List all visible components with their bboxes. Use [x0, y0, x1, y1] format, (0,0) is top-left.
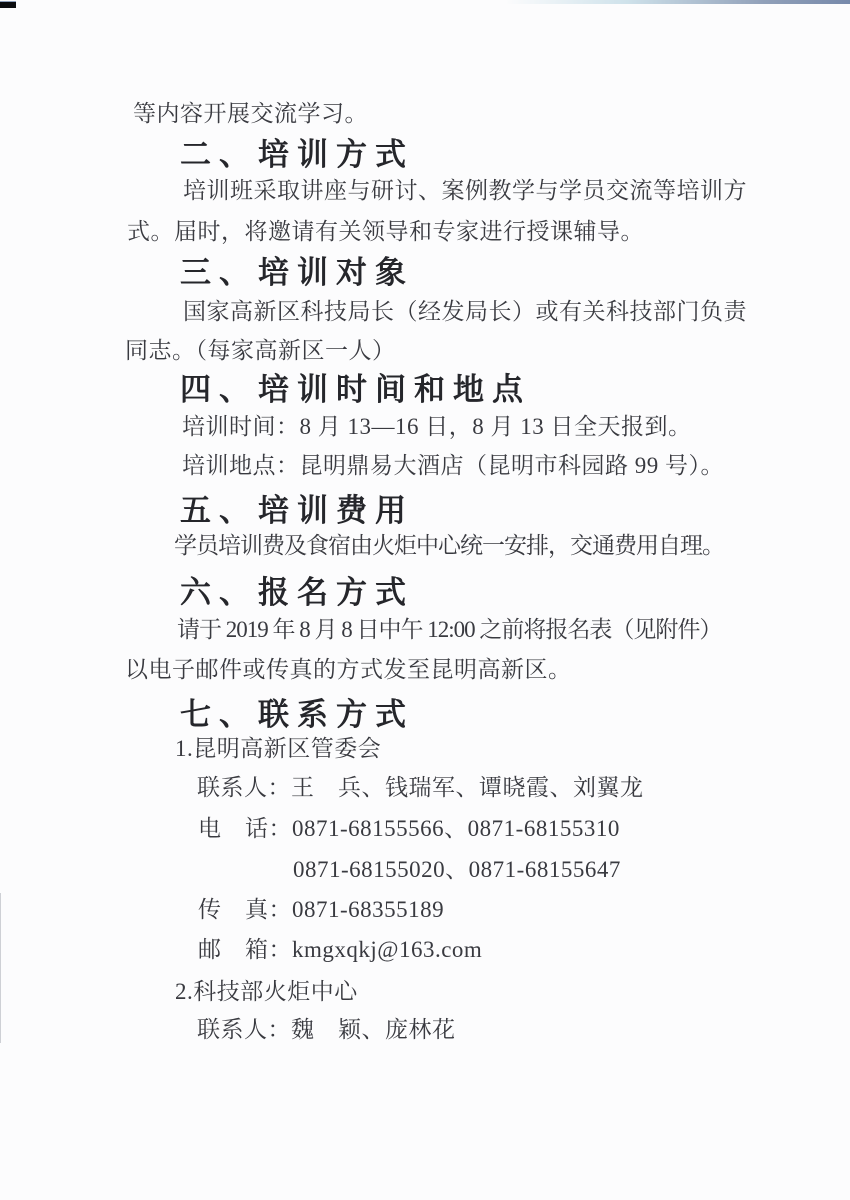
heading-trainees: 三、培训对象 — [180, 257, 414, 288]
line-org-1-name: 1.昆明高新区管委会 — [175, 737, 381, 760]
para-training-method-line-1: 培训班采取讲座与研讨、案例教学与学员交流等培训方 — [183, 179, 747, 202]
line-training-venue: 培训地点：昆明鼎易大酒店（昆明市科园路 99 号）。 — [182, 454, 724, 477]
scanned-document-page: 等内容开展交流学习。 二、培训方式 培训班采取讲座与研讨、案例教学与学员交流等培… — [0, 0, 850, 1200]
line-org-1-phone-2: 0871-68155020、0871-68155647 — [293, 858, 621, 881]
heading-time-and-place: 四、培训时间和地点 — [180, 374, 531, 405]
heading-training-method: 二、培训方式 — [180, 139, 414, 170]
heading-fees: 五、培训费用 — [180, 495, 414, 526]
line-org-2-contacts: 联系人：魏 颖、庞林花 — [197, 1018, 456, 1041]
scan-left-edge-artifact — [0, 893, 1, 1043]
line-org-2-name: 2.科技部火炬中心 — [175, 980, 358, 1003]
para-trainees-line-2: 同志。（每家高新区一人） — [125, 339, 396, 362]
line-org-1-fax: 传 真：0871-68355189 — [198, 898, 444, 921]
para-registration-line-2: 以电子邮件或传真的方式发至昆明高新区。 — [125, 658, 572, 681]
para-trainees-line-1: 国家高新区科技局长（经发局长）或有关科技部门负责 — [183, 300, 747, 323]
heading-registration: 六、报名方式 — [180, 577, 414, 608]
line-org-1-email: 邮 箱：kmgxqkj@163.com — [198, 938, 482, 961]
line-org-1-phone-1: 电 话：0871-68155566、0871-68155310 — [198, 817, 620, 840]
scan-top-edge-artifact — [505, 0, 850, 4]
para-fees: 学员培训费及食宿由火炬中心统一安排，交通费用自理。 — [174, 534, 724, 557]
line-training-time: 培训时间：8 月 13—16 日，8 月 13 日全天报到。 — [182, 415, 692, 438]
heading-contact-info: 七、联系方式 — [180, 699, 414, 730]
para-registration-line-1: 请于 2019 年 8 月 8 日中午 12:00 之前将报名表（见附件） — [177, 618, 721, 641]
intro-tail-line: 等内容开展交流学习。 — [133, 102, 368, 125]
line-org-1-contacts: 联系人：王 兵、钱瑞军、谭晓霞、刘翼龙 — [197, 776, 644, 799]
scan-corner-artifact — [0, 1, 16, 8]
para-training-method-line-2: 式。届时，将邀请有关领导和专家进行授课辅导。 — [127, 220, 644, 243]
